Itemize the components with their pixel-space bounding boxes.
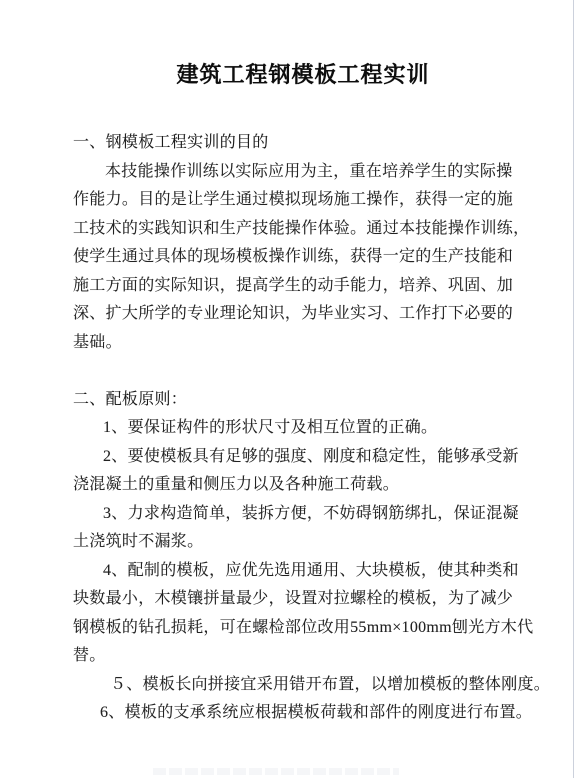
- document-line: 块数最小，木模镶拼量最少，设置对拉螺栓的模板，为了减少: [73, 585, 543, 614]
- cutoff-text-band: [153, 768, 399, 775]
- document-line: 钢模板的钻孔损耗，可在螺检部位改用55mm×100mm刨光方木代: [73, 614, 543, 643]
- document-line: 3、力求构造简单，装拆方便，不妨碍钢筋绑扎，保证混凝: [73, 500, 543, 529]
- document-title: 建筑工程钢模板工程实训: [73, 60, 533, 90]
- document-line: 替。: [73, 642, 543, 671]
- document-line: 工技术的实践知识和生产技能操作体验。通过本技能操作训练，: [73, 215, 543, 244]
- section-heading: 一、钢模板工程实训的目的: [73, 129, 543, 158]
- document-body: 一、钢模板工程实训的目的本技能操作训练以实际应用为主，重在培养学生的实际操作能力…: [73, 129, 543, 728]
- document-line: 土浇筑时不漏浆。: [73, 528, 543, 557]
- document-line: 6、模板的支承系统应根据模板荷载和部件的刚度进行布置。: [73, 699, 543, 728]
- document-page: 建筑工程钢模板工程实训 一、钢模板工程实训的目的本技能操作训练以实际应用为主，重…: [0, 0, 577, 778]
- document-line: 2、要使模板具有足够的强度、刚度和稳定性，能够承受新: [73, 443, 543, 472]
- document-line: ５、模板长向拼接宜采用错开布置，以增加模板的整体刚度。: [73, 671, 543, 700]
- section-heading: 二、配板原则：: [73, 386, 543, 415]
- document-line: 基础。: [73, 329, 543, 358]
- document-line: 使学生通过具体的现场模板操作训练，获得一定的生产技能和: [73, 243, 543, 272]
- document-line: 作能力。目的是让学生通过模拟现场施工操作，获得一定的施: [73, 186, 543, 215]
- document-line: 本技能操作训练以实际应用为主，重在培养学生的实际操: [73, 158, 543, 187]
- document-line: 浇混凝土的重量和侧压力以及各种施工荷载。: [73, 471, 543, 500]
- page-edge-line: [573, 0, 574, 778]
- document-line: 深、扩大所学的专业理论知识，为毕业实习、工作打下必要的: [73, 300, 543, 329]
- section-gap: [73, 357, 543, 386]
- document-line: 1、要保证构件的形状尺寸及相互位置的正确。: [73, 414, 543, 443]
- document-line: 4、配制的模板，应优先选用通用、大块模板，使其种类和: [73, 557, 543, 586]
- document-line: 施工方面的实际知识，提高学生的动手能力，培养、巩固、加: [73, 272, 543, 301]
